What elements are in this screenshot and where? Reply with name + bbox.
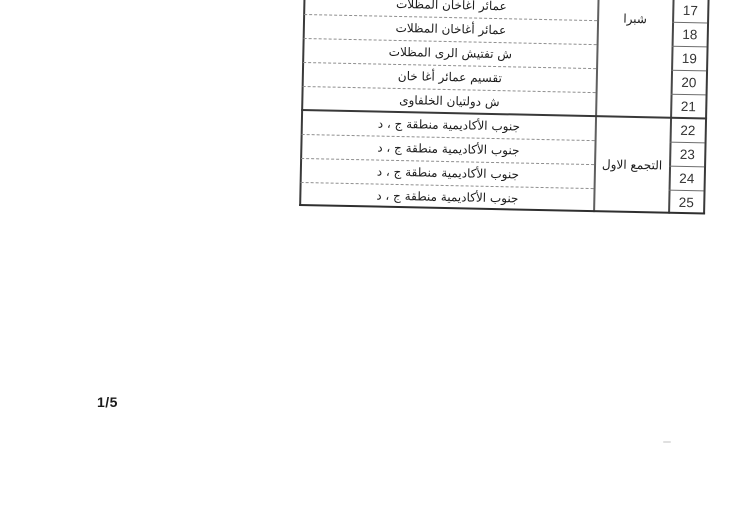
- row-number-22: 22: [671, 118, 705, 143]
- row-number-20: 20: [672, 70, 706, 95]
- row-number-21: 21: [671, 94, 705, 119]
- row-number-19: 19: [672, 46, 706, 71]
- row-number-25: 25: [669, 190, 703, 215]
- district-label-first-settlement: التجمع الاول: [595, 116, 669, 213]
- row-number-24: 24: [670, 166, 704, 191]
- row-number-23: 23: [670, 142, 704, 167]
- page-number: 1/5: [97, 394, 118, 410]
- scan-speck: [663, 441, 671, 443]
- row-number-17: 17: [673, 0, 708, 22]
- scanned-document-page: شبرا التجمع الاول عمائر أغاخان المظلات ع…: [0, 0, 750, 530]
- streets-table: شبرا التجمع الاول عمائر أغاخان المظلات ع…: [299, 0, 711, 215]
- district-label-shubra: شبرا: [599, 6, 671, 32]
- row-number-18: 18: [673, 22, 707, 47]
- street-cell-row-25: جنوب الأكاديمية منطقة ج ، د: [301, 182, 593, 212]
